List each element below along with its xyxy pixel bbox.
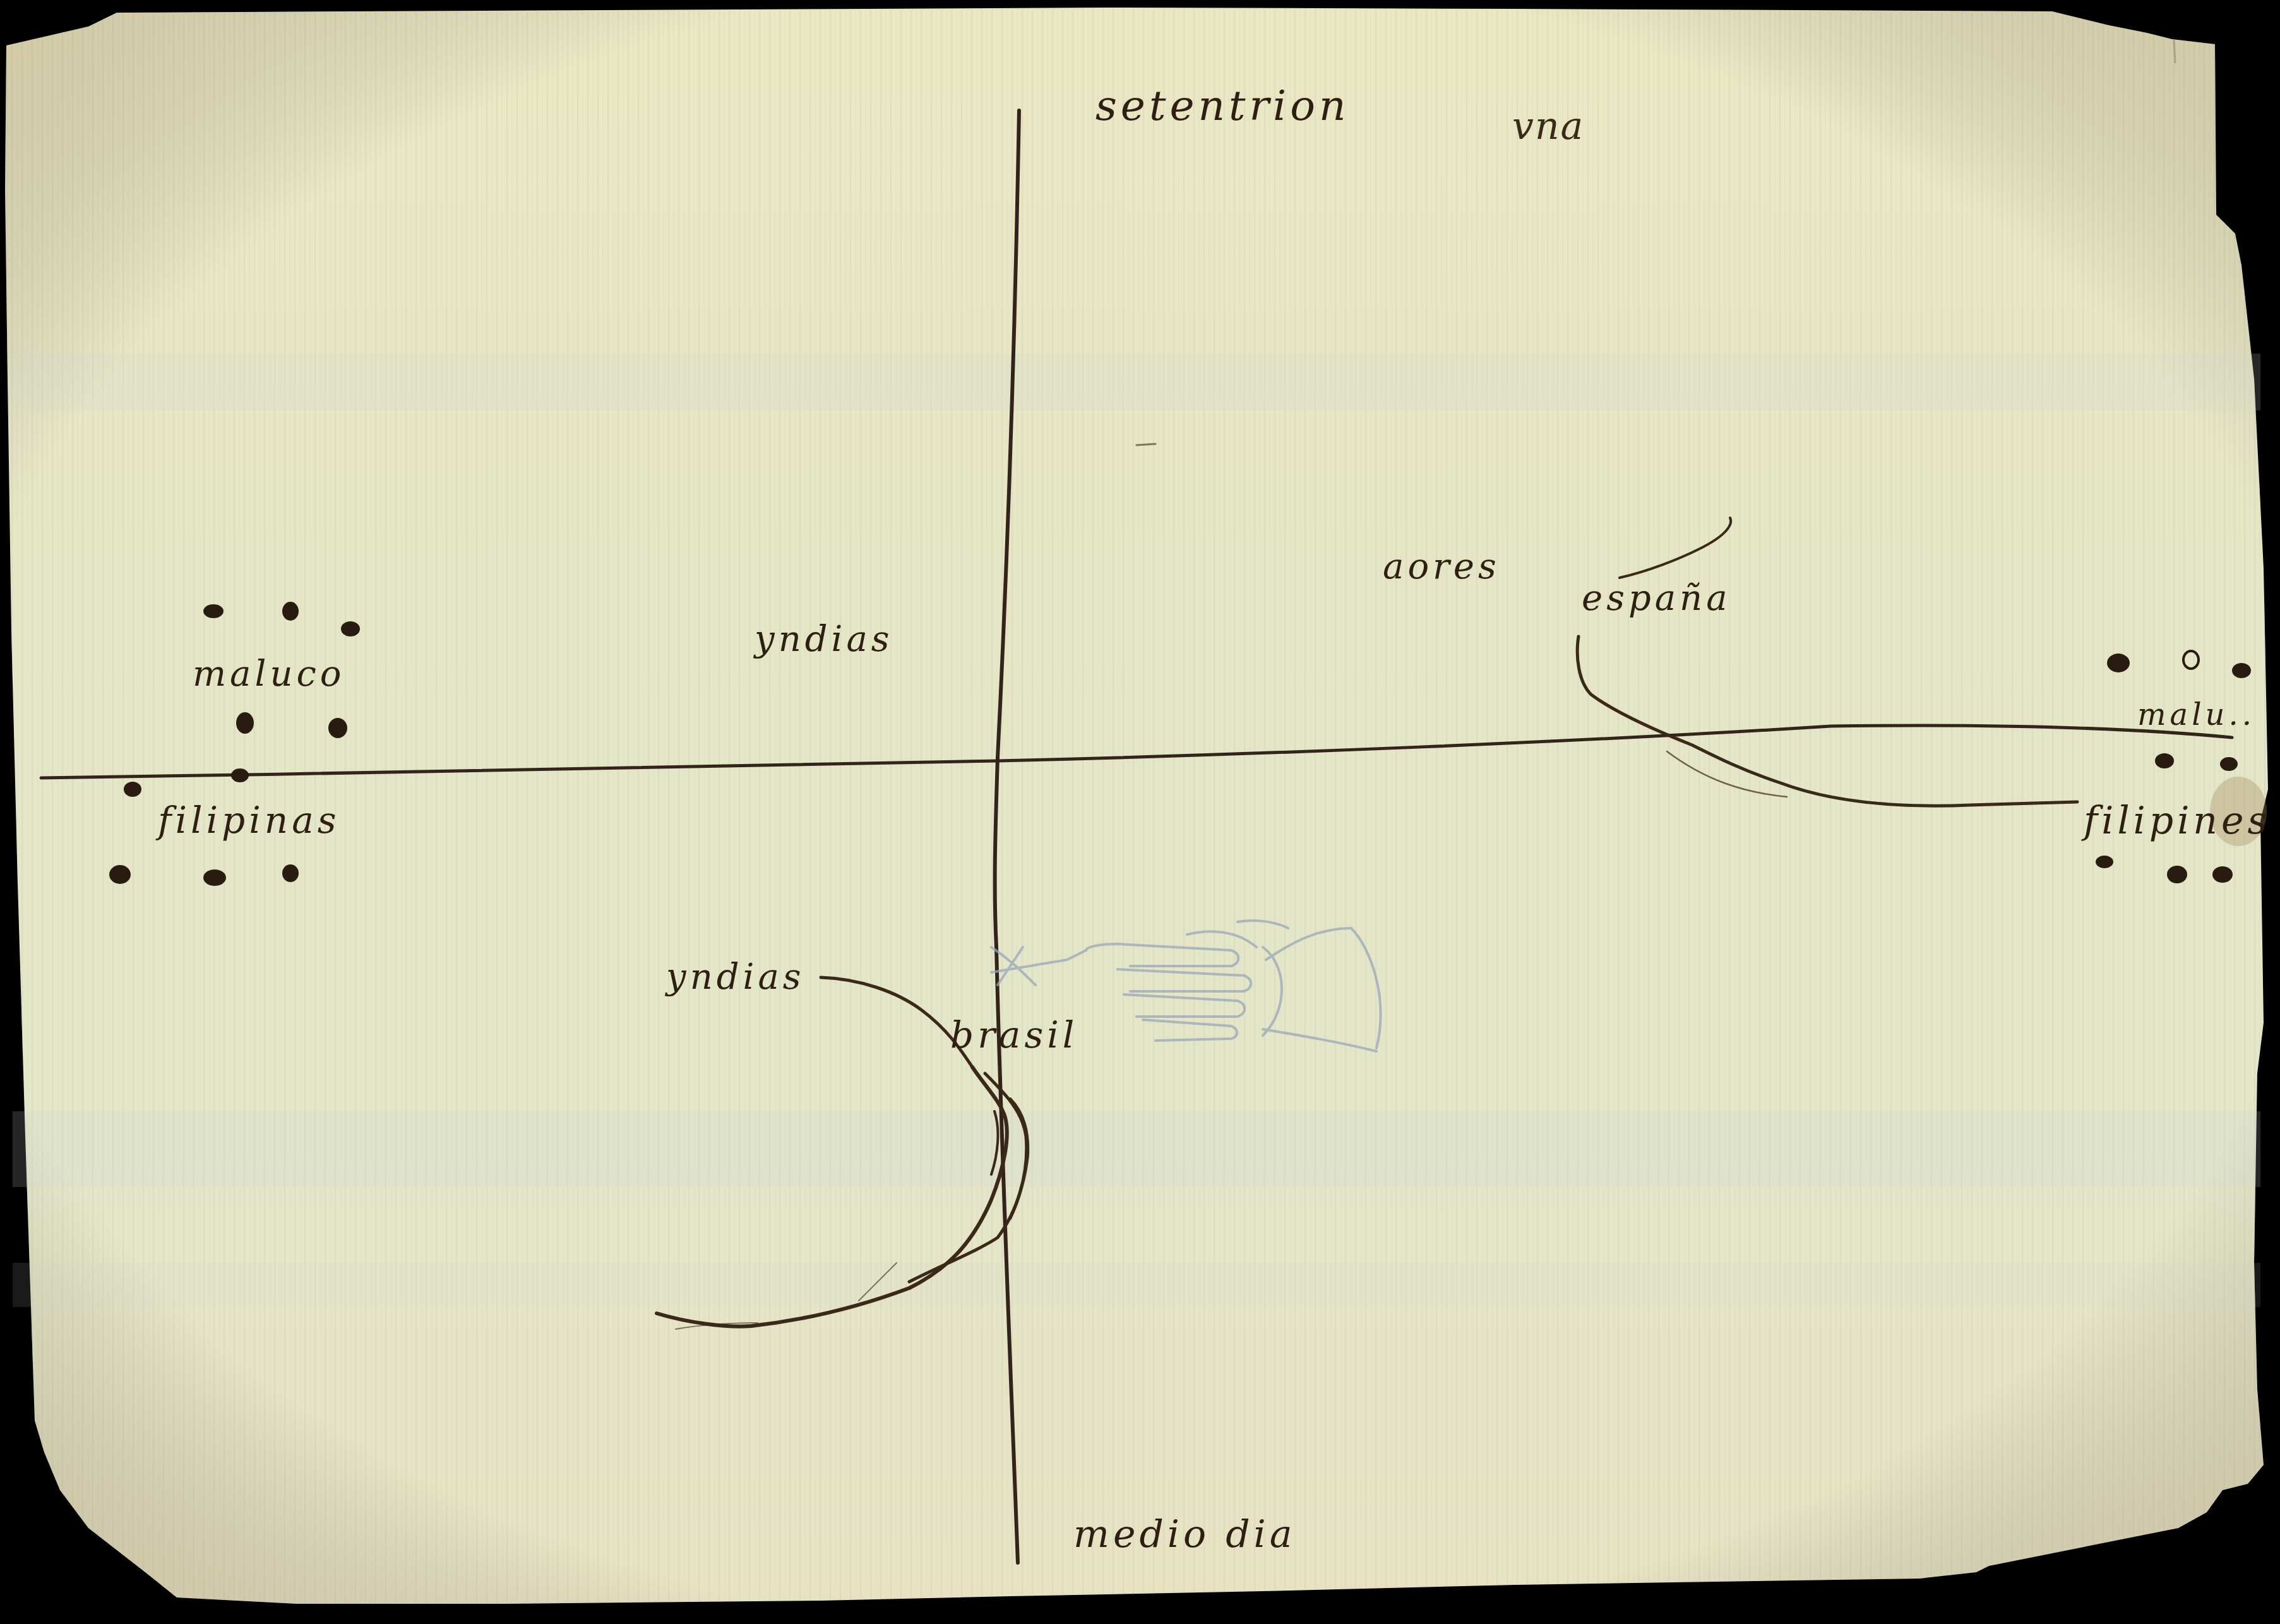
label-maluco-right: malu.. — [2137, 700, 2255, 730]
manuscript-map: setentrion vna medio dia maluco filipina… — [0, 0, 2280, 1624]
label-yndias-lower: yndias — [666, 960, 805, 995]
label-yndias-upper: yndias — [755, 622, 893, 657]
label-espana: españa — [1582, 581, 1731, 616]
label-north-setentrion: setentrion — [1095, 85, 1349, 127]
label-maluco-left: maluco — [193, 657, 345, 692]
label-marginal-note: vna — [1512, 107, 1584, 145]
label-south-medio-dia: medio dia — [1073, 1515, 1296, 1553]
label-filipinas-left: filipinas — [158, 802, 340, 839]
label-filipinas-right: filipines — [2084, 802, 2271, 840]
label-brasil: brasil — [950, 1017, 1078, 1053]
label-azores: aores — [1383, 549, 1500, 585]
